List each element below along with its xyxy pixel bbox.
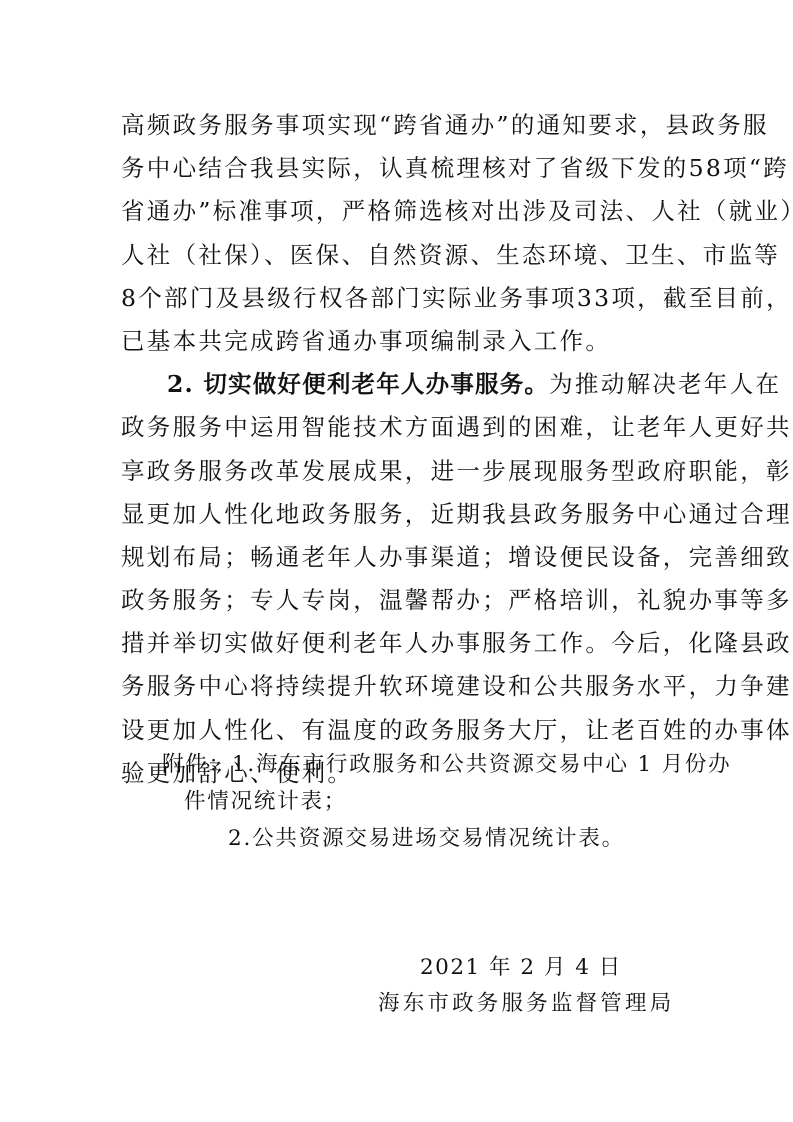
text-line: 措并举切实做好便利老年人办事服务工作。今后，化隆县政	[121, 622, 673, 665]
attachments-section: 附件：1.海东市行政服务和公共资源交易中心 1 月份办 件情况统计表； 2.公共…	[162, 746, 682, 857]
signature-organization: 海东市政务服务监督管理局	[378, 986, 674, 1017]
text-line: 享政务服务改革发展成果，进一步展现服务型政府职能，彰	[121, 450, 673, 493]
text-line: 省通办”标准事项，严格筛选核对出涉及司法、人社（就业）、	[121, 190, 673, 233]
text-line: 显更加人性化地政务服务，近期我县政务服务中心通过合理	[121, 493, 673, 536]
text-line: 务中心结合我县实际，认真梳理核对了省级下发的58项“跨	[121, 147, 673, 190]
section-heading: 2. 切实做好便利老年人办事服务。	[167, 370, 549, 398]
text-line: 人社（社保）、医保、自然资源、生态环境、卫生、市监等	[121, 234, 673, 277]
text-line: 高频政务服务事项实现“跨省通办”的通知要求，县政务服	[121, 104, 673, 147]
attachment-item-1: 附件：1.海东市行政服务和公共资源交易中心 1 月份办	[162, 746, 682, 783]
attachment-item-2: 2.公共资源交易进场交易情况统计表。	[162, 820, 682, 857]
attachment-title: 1.海东市行政服务和公共资源交易中心 1 月份办	[232, 752, 732, 777]
text-run: 为推动解决老年人在	[549, 370, 781, 398]
text-line: 务服务中心将持续提升软环境建设和公共服务水平，力争建	[121, 665, 673, 708]
text-line: 已基本共完成跨省通办事项编制录入工作。	[121, 320, 673, 363]
text-line: 8个部门及县级行权各部门实际业务事项33项，截至目前，	[121, 277, 673, 320]
text-line: 政务服务中运用智能技术方面遇到的困难，让老年人更好共	[121, 406, 673, 449]
document-body: 高频政务服务事项实现“跨省通办”的通知要求，县政务服 务中心结合我县实际，认真梳…	[121, 104, 673, 795]
text-line: 政务服务；专人专岗，温馨帮办；严格培训，礼貌办事等多	[121, 579, 673, 622]
attachments-label: 附件：	[162, 752, 232, 777]
paragraph-cross-province-services: 高频政务服务事项实现“跨省通办”的通知要求，县政务服 务中心结合我县实际，认真梳…	[121, 104, 673, 363]
text-line: 规划布局；畅通老年人办事渠道；增设便民设备，完善细致	[121, 536, 673, 579]
paragraph-elderly-services: 2. 切实做好便利老年人办事服务。为推动解决老年人在 政务服务中运用智能技术方面…	[121, 363, 673, 795]
attachment-item-1-continued: 件情况统计表；	[162, 783, 682, 820]
signature-date: 2021 年 2 月 4 日	[420, 950, 622, 981]
paragraph-first-line: 2. 切实做好便利老年人办事服务。为推动解决老年人在	[121, 363, 673, 406]
document-page: 高频政务服务事项实现“跨省通办”的通知要求，县政务服 务中心结合我县实际，认真梳…	[0, 0, 793, 1122]
